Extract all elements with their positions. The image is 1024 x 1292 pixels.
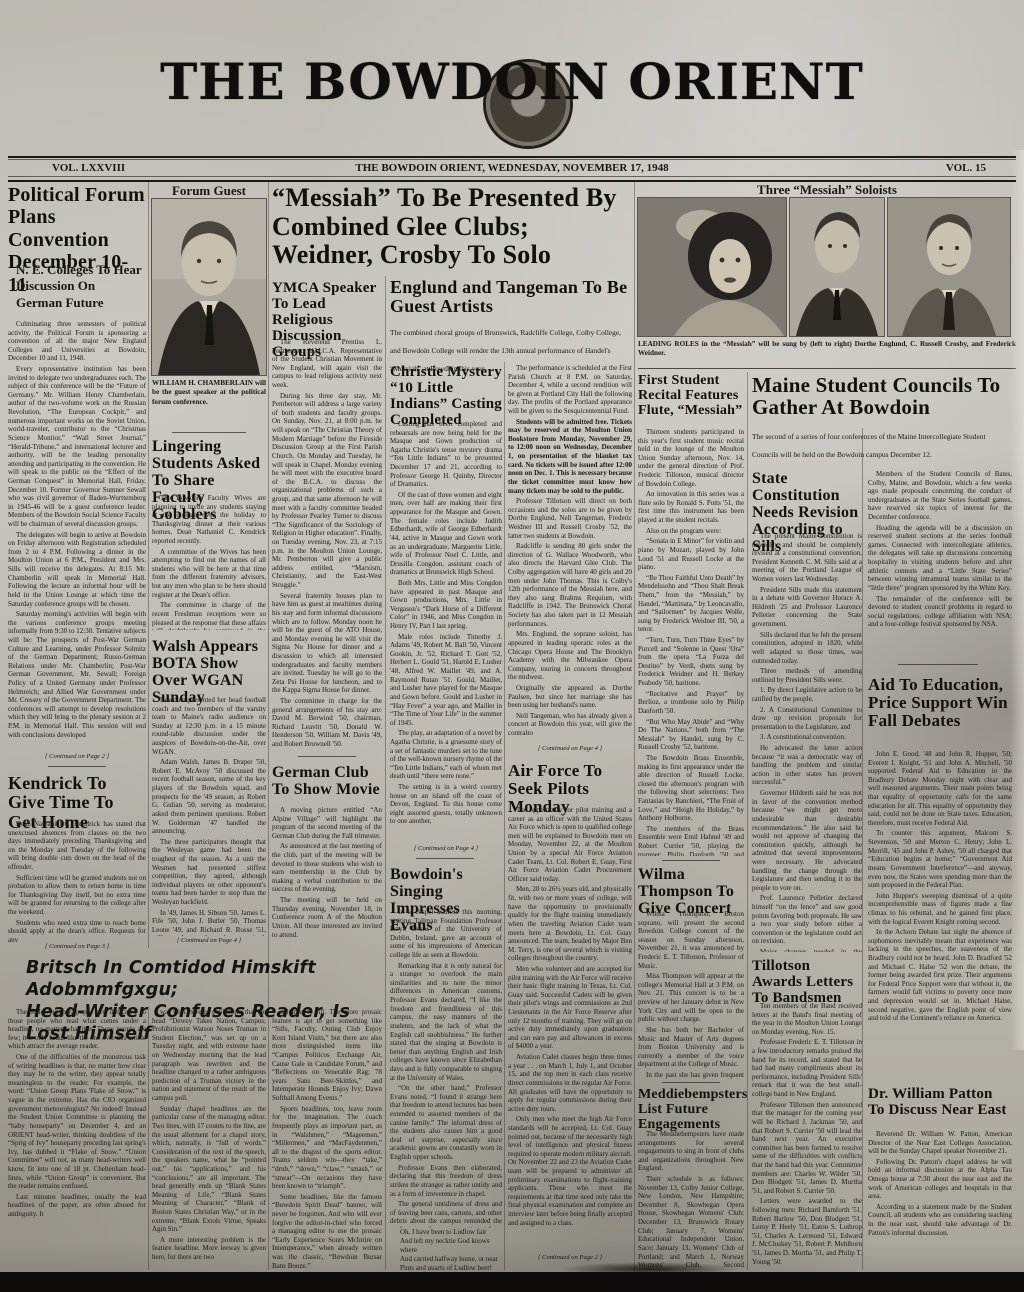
paragraph: In a chapel address this morning, visiti… — [390, 908, 502, 960]
continued-marker: [ Continued on Page 4 ] — [508, 745, 632, 752]
paragraph: Several fraternity houses plan to have h… — [272, 592, 382, 695]
debates-body: John E. Good, '48 and John R. Hupper, '5… — [868, 750, 1012, 1080]
feature-col3: columns to fill. The more prosaic featur… — [272, 1008, 382, 1270]
lingering-body: The Bowdoin Faculty Wives are planning t… — [152, 494, 266, 630]
dateline-text: THE BOWDOIN ORIENT, WEDNESDAY, NOVEMBER … — [8, 162, 1016, 174]
paragraph: To counter this argument, Malcom S. Stev… — [868, 829, 1012, 889]
column-rule — [504, 362, 505, 1270]
column-rule — [148, 1006, 149, 1270]
patton-body: Reverend Dr. William W. Patton, American… — [868, 1130, 1012, 1270]
evans-poem: Oh, I have been to Ludlow fairAnd left m… — [390, 1228, 502, 1270]
feature-col1: The following paragraphs are dedicated t… — [8, 1008, 146, 1270]
feature-col2: was with extreme confidence that the hea… — [152, 1008, 266, 1270]
paragraph: Originally she appeared as Dorthe Paulse… — [508, 684, 632, 710]
paragraph: The following paragraphs are dedicated t… — [8, 1008, 146, 1051]
political-forum-body: Culminating three semesters of political… — [8, 320, 146, 752]
paragraph: Men who volunteer and are accepted for p… — [508, 965, 632, 1051]
paragraph: “On the other hand,” Professor Evans not… — [390, 1084, 502, 1161]
weidner-photo — [888, 198, 1010, 336]
paragraph: The meeting will be held on Thursday eve… — [272, 896, 382, 939]
column-rule — [385, 276, 386, 1270]
paragraph: Three methods of amending outlined by Pr… — [752, 667, 862, 684]
paragraph: According to a statement made by the Stu… — [868, 1203, 1012, 1237]
paragraph: A more interesting problem is the featur… — [152, 1236, 266, 1262]
paragraph: Thirteen students participated in this y… — [638, 428, 744, 488]
constitution-body: The present Maine constitution is unwiel… — [752, 532, 862, 952]
paragraph: Their schedule is as follows: November 1… — [638, 1175, 744, 1270]
forum-guest-label: Forum Guest — [152, 183, 266, 199]
paragraph: Casting has been completed and rehearsal… — [390, 420, 502, 489]
kendrick-body: Dean Nathaniel C. Kendrick has stated th… — [8, 820, 146, 942]
paragraph: Mrs. Englund, the soprano soloist, has a… — [508, 630, 632, 682]
german-club-headline: German Club To Show Movie — [272, 764, 382, 798]
paragraph: Remarking that it is only natural for a … — [390, 962, 502, 1083]
paragraph: A moving picture entitled “An Alpine Vil… — [272, 806, 382, 840]
chamberlain-photo — [152, 199, 266, 375]
political-forum-subhead: N. E. Colleges To Hear Discussion On Ger… — [16, 262, 142, 311]
portrait-man-icon — [888, 198, 1010, 336]
councils-intro-text: The second of a series of four conferenc… — [752, 432, 986, 459]
scan-bottom-bar — [0, 1272, 1024, 1292]
article-divider — [298, 756, 356, 757]
paragraph: Bowdoin presented her head football coac… — [152, 696, 266, 756]
paragraph: The Reverend Prentiss L. Pemberton, Y.M.… — [272, 338, 382, 390]
paragraph: The general untidiness of dress and of l… — [390, 1200, 502, 1228]
paragraph: Last minutes headlines, usually the lead… — [8, 1193, 146, 1219]
paragraph: Students who need extra time to reach ho… — [8, 919, 146, 942]
paragraph: Adam Walsh, James B. Draper '50, Robert … — [152, 758, 266, 835]
paragraph: Professor Frederic E. T. Tillotson in a … — [752, 1038, 862, 1098]
englund-photo — [638, 198, 786, 336]
paragraph: Letters were awarded to the following me… — [752, 1197, 862, 1266]
paragraph: Some headlines, like the famous “Bowdoin… — [272, 1193, 382, 1270]
article-divider — [416, 858, 474, 859]
article-divider — [662, 860, 720, 861]
section-rule — [638, 368, 1016, 369]
englund-headline: Englund and Tangeman To Be Guest Artists — [390, 278, 634, 317]
column-rule — [747, 372, 748, 1270]
meddie-headline: Meddiebempsters List Future Engagements — [638, 1088, 744, 1133]
paragraph: One of the difficulties of the monstrous… — [8, 1053, 146, 1191]
tillotson-headline: Tillotson Awards Letters To Bandsmen — [752, 958, 862, 1006]
paragraph: Members of the Student Councils of Bates… — [868, 470, 1012, 522]
paragraph: Culminating three semesters of political… — [8, 320, 146, 363]
paragraph: The remainder of the conference will be … — [868, 595, 1012, 629]
column-rule — [148, 182, 149, 948]
paragraph: “But Who May Abide” and “Why Do The Nati… — [638, 718, 744, 752]
tillotson-body: Ten members of the Band received letters… — [752, 1002, 862, 1270]
paragraph: Saturday morning's activities will begin… — [8, 610, 146, 739]
paragraph: The Bowdoin Faculty Wives are planning t… — [152, 494, 266, 546]
feature-headline-line1: Britsch In Comtidod Himskift Adobmmfgxgu… — [26, 958, 386, 1002]
chamberlain-caption: WILLIAM H. CHAMBERLAIN will be the guest… — [152, 379, 266, 429]
article-divider — [662, 1082, 720, 1083]
ymca-body: The Reverend Prentiss L. Pemberton, Y.M.… — [272, 338, 382, 752]
paragraph: During his three day stay, Mr. Pemberton… — [272, 392, 382, 590]
paragraph: Governor Hildreth said he was not in fav… — [752, 789, 862, 892]
paragraph: “Be Thou Faithful Unto Death” by Mendels… — [638, 574, 744, 634]
soloists-label: Three “Messiah” Soloists — [638, 182, 1016, 198]
paragraph: Only men who meet the high Air Force sta… — [508, 1115, 632, 1227]
paragraph: “Sonata in E Minor” for violin and piano… — [638, 537, 744, 571]
messiah-banner-headline: “Messiah” To Be Presented By Combined Gl… — [272, 184, 634, 270]
englund-intro: The combined choral groups of Brunswick,… — [390, 322, 632, 358]
german-club-body: A moving picture entitled “An Alpine Vil… — [272, 806, 382, 954]
paragraph: The Meddiebempsters have made arrangemen… — [638, 1130, 744, 1173]
paragraph: Men, 20 to 26½ years old, and physically… — [508, 885, 632, 962]
walsh-body: Bowdoin presented her head football coac… — [152, 696, 266, 936]
paragraph: Prof. Laurence Pelletier declared himsel… — [752, 894, 862, 946]
paragraph: Professor Tillotson then announced that … — [752, 1101, 862, 1196]
portrait-woman-icon — [638, 198, 786, 336]
paragraph: Following Dr. Patton's chapel address he… — [868, 1158, 1012, 1201]
article-divider — [898, 664, 978, 665]
paragraph: Both Mrs. Little and Miss Congdon have a… — [390, 579, 502, 631]
paragraph: Students will be admitted free. Tickets … — [508, 418, 632, 495]
paragraph: An innovation in this series was a flute… — [638, 490, 744, 524]
debates-headline: Aid To Education, Price Support Win Fall… — [868, 676, 1012, 731]
recital-body: Thirteen students participated in this y… — [638, 428, 744, 856]
evans-body: In a chapel address this morning, visiti… — [390, 908, 502, 1228]
councils-intro: The second of a series of four conferenc… — [752, 426, 1012, 464]
paragraph: Miss Thompson will appear at the college… — [638, 972, 744, 1024]
councils-body: Members of the Student Councils of Bates… — [868, 470, 1012, 658]
soloists-caption: LEADING ROLES in the “Messiah” will be s… — [638, 340, 1016, 366]
portrait-man-icon — [152, 199, 266, 375]
crosby-photo — [790, 198, 884, 336]
paragraph: Dean Nathaniel C. Kendrick has stated th… — [8, 820, 146, 872]
continued-marker: [ Continued on Page 4 ] — [390, 845, 502, 852]
paragraph: The three participators thought that the… — [152, 838, 266, 907]
paragraph: He advocated the latter action because “… — [752, 744, 862, 787]
paragraph: In the Achorn Debate last night the abse… — [868, 928, 1012, 1023]
paragraph: In '49, James H. Sibson '50, James L. Fi… — [152, 909, 266, 936]
englund-body: The performance is scheduled at the Firs… — [508, 364, 632, 744]
paragraph: John Hupper's sweeping dismissal of a qu… — [868, 892, 1012, 926]
continued-marker: [ Continued on Page 2 ] — [8, 753, 146, 760]
paragraph: 2. A Constitutional Committee to draw up… — [752, 706, 862, 732]
paragraph: John E. Good, '48 and John R. Hupper, '5… — [868, 750, 1012, 827]
article-divider — [48, 766, 106, 767]
paragraph: Sports headlines, too, leave room for th… — [272, 1105, 382, 1191]
column-rule — [268, 182, 269, 1270]
paragraph: In the past she has given frequent recit… — [638, 1071, 744, 1080]
dateline-bar: VOL. LXXVIII THE BOWDOIN ORIENT, WEDNESD… — [8, 156, 1016, 182]
newspaper-page: THE BOWDOIN ORIENT VOL. LXXVIII THE BOWD… — [0, 0, 1024, 1292]
paragraph: Professor Evans then elaborated, declari… — [390, 1164, 502, 1198]
paragraph: Pints and quarts of Ludlow beer! — [400, 1264, 502, 1270]
paragraph: Male roles include Timothy J. Adams '49,… — [390, 633, 502, 728]
paragraph: “Turn, Turn, Turn Thine Eyes” by Purcell… — [638, 636, 744, 688]
patton-headline: Dr. William Patton To Discuss Near East — [868, 1086, 1012, 1118]
paragraph: columns to fill. The more prosaic featur… — [272, 1008, 382, 1103]
article-divider — [172, 432, 246, 433]
paragraph: Nell Tangeman, who has already given a c… — [508, 712, 632, 738]
paragraph: The committee in charge of the recent Fr… — [152, 601, 266, 630]
paragraph: Also on the program were: — [638, 527, 744, 536]
paragraph: As announced at the last meeting of the … — [272, 842, 382, 894]
paragraph: The members of the Brass Ensemble were E… — [638, 825, 744, 856]
paragraph: And left my necktie God knows where — [400, 1237, 502, 1255]
airforce-body: The opportunity for pilot training and a… — [508, 806, 632, 1252]
paragraph: The delegates will begin to arrive at Bo… — [8, 531, 146, 608]
column-rule — [862, 428, 863, 1270]
councils-headline: Maine Student Councils To Gather At Bowd… — [752, 374, 1012, 419]
paragraph: Aviation Cadet classes begin three times… — [508, 1053, 632, 1113]
paragraph: Heading the agenda will be a discussion … — [868, 524, 1012, 593]
wilma-body: Wilma Thompson, Boston soprano, will pre… — [638, 910, 744, 1080]
paragraph: A committee of the Wives has been attemp… — [152, 548, 266, 600]
continued-marker: [ Continued on Page 2 ] — [508, 1254, 632, 1261]
newspaper-title: THE BOWDOIN ORIENT — [0, 52, 1024, 111]
christie-headline: Christie Mystery “10 Little Indians” Cas… — [390, 364, 502, 428]
paragraph: Reverend Dr. William W. Patton, American… — [868, 1130, 1012, 1156]
paragraph: 3. A constitutional convention. — [752, 733, 862, 742]
page-tear-edge — [1010, 150, 1024, 1050]
paragraph: Every representative institution has bee… — [8, 365, 146, 529]
column-rule — [634, 182, 635, 1270]
paragraph: Oh, I have been to Ludlow fair — [400, 1228, 502, 1237]
paragraph: The committee in charge for the general … — [272, 697, 382, 749]
continued-marker: [ Continued on Page 4 ] — [152, 937, 266, 944]
paragraph: Ten members of the Band received letters… — [752, 1002, 862, 1036]
paragraph: The play, an adaptation of a novel by Ag… — [390, 729, 502, 781]
paragraph: The opportunity for pilot training and a… — [508, 806, 632, 883]
paragraph: Sills declared that he felt the present … — [752, 631, 862, 665]
paragraph: The setting is in a weird country house … — [390, 783, 502, 826]
paragraph: Of the cast of three women and eight men… — [390, 491, 502, 577]
paragraph: And carried halfway home, or near — [400, 1255, 502, 1264]
paragraph: President Sills made this statement in a… — [752, 586, 862, 629]
continued-marker: [ Continued on Page 3 ] — [8, 943, 146, 950]
paragraph: Major changes needed in the Constitution… — [752, 948, 862, 952]
paragraph: “Recitative and Prayer” by Berlioz, a tr… — [638, 690, 744, 716]
paragraph: Professor Tillotson will direct on both … — [508, 497, 632, 540]
paragraph: Sunday chapel headlines are the particul… — [152, 1105, 266, 1234]
christie-body: Casting has been completed and rehearsal… — [390, 420, 502, 844]
meddie-body: The Meddiebempsters have made arrangemen… — [638, 1130, 744, 1270]
paragraph: was with extreme confidence that the hea… — [152, 1008, 266, 1103]
paragraph: The present Maine constitution is unwiel… — [752, 532, 862, 584]
paragraph: The Bowdoin Brass Ensemble, making its f… — [638, 754, 744, 823]
paragraph: 1. By direct Legislative action to be ra… — [752, 686, 862, 703]
volume-right: VOL. 15 — [946, 162, 986, 174]
recital-headline: First Student Recital Features Flute, “M… — [638, 374, 744, 419]
paragraph: She has both her Bachelor of Music and M… — [638, 1026, 744, 1069]
portrait-man-icon — [790, 198, 884, 336]
paragraph: Sufficient time will be granted students… — [8, 874, 146, 917]
paragraph: Wilma Thompson, Boston soprano, will pre… — [638, 910, 744, 970]
paragraph: The performance is scheduled at the Firs… — [508, 364, 632, 416]
paragraph: Radcliffe is sending 80 girls under the … — [508, 542, 632, 628]
